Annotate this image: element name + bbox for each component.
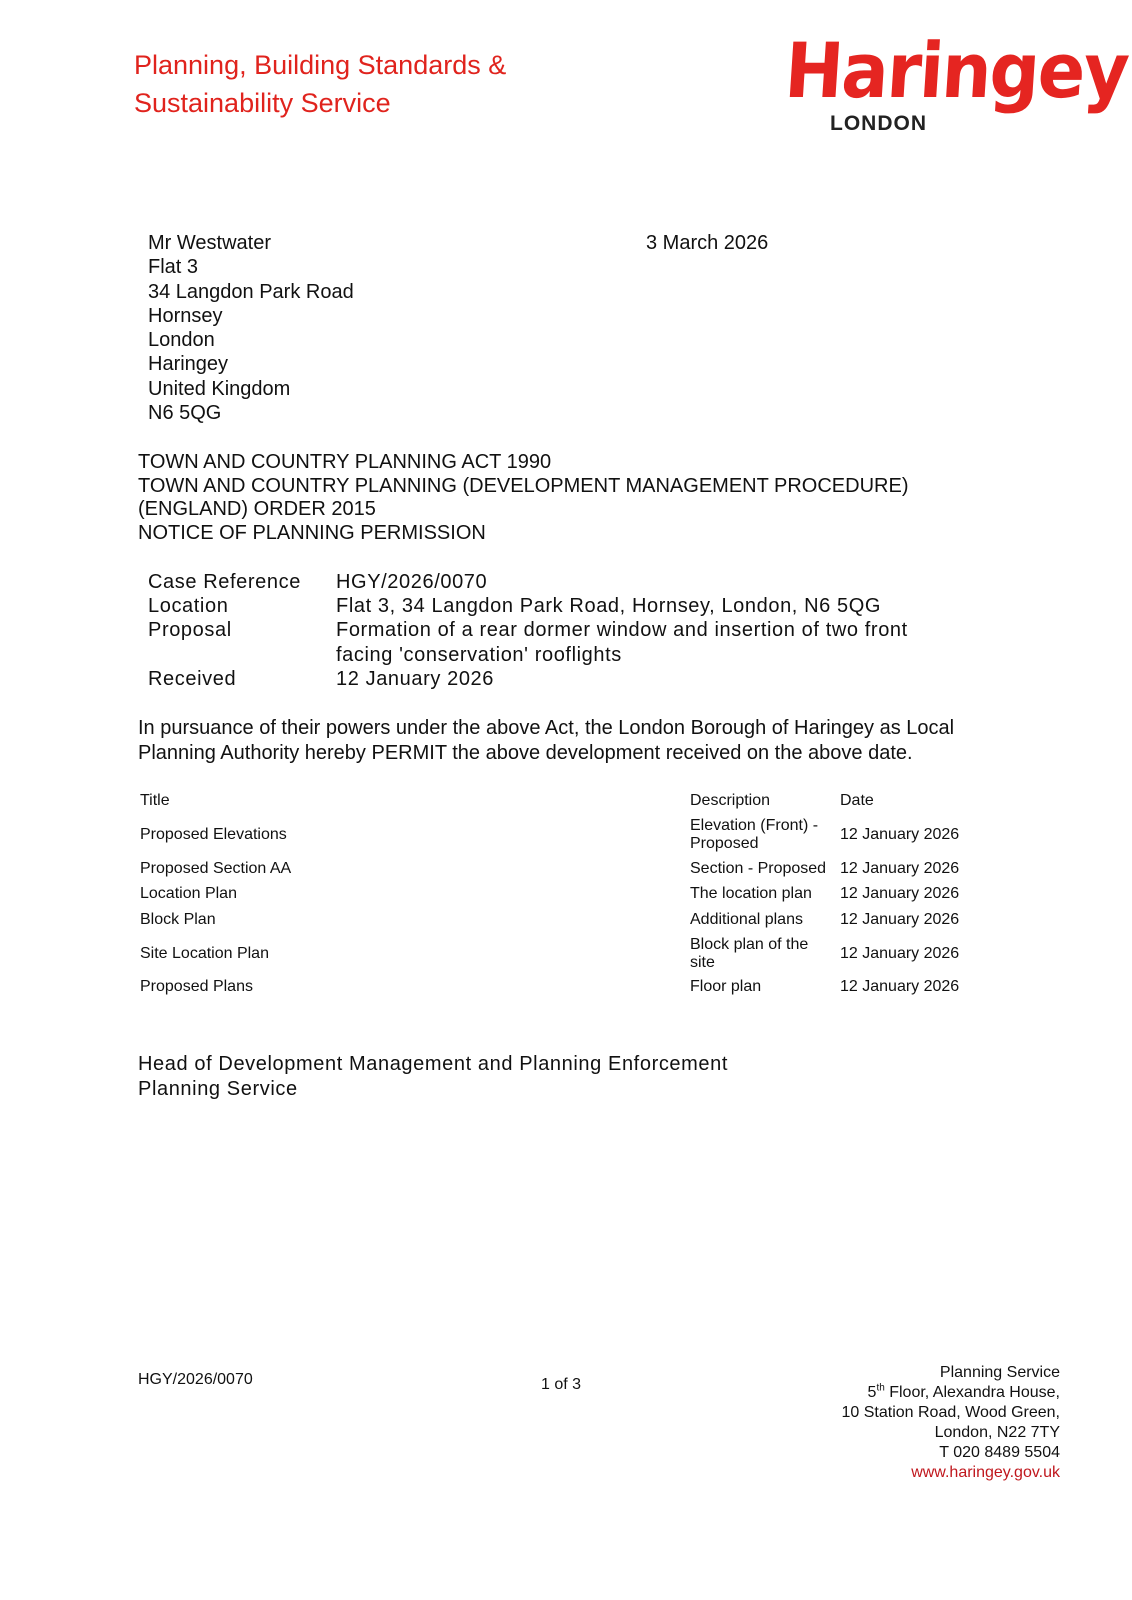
doc-date: 12 January 2026 (840, 933, 980, 975)
permission-statement: In pursuance of their powers under the a… (138, 716, 998, 765)
doc-date: 12 January 2026 (840, 814, 980, 856)
address-line: 34 Langdon Park Road (148, 280, 354, 304)
website-link[interactable]: www.haringey.gov.uk (841, 1463, 1060, 1483)
logo-subtitle: LONDON (830, 112, 927, 136)
table-row: Location Plan The location plan 12 Janua… (140, 882, 980, 908)
office-phone: T 020 8489 5504 (841, 1443, 1060, 1463)
doc-title: Proposed Elevations (140, 814, 690, 856)
column-header-description: Description (690, 788, 840, 814)
received-value: 12 January 2026 (336, 667, 956, 691)
doc-title: Block Plan (140, 907, 690, 933)
case-reference-label: Case Reference (148, 570, 336, 594)
service-title: Planning, Building Standards & Sustainab… (134, 46, 506, 122)
table-header-row: Title Description Date (140, 788, 980, 814)
heading-line: (ENGLAND) ORDER 2015 (138, 498, 908, 522)
table-row: Proposed Section AA Section - Proposed 1… (140, 856, 980, 882)
signoff: Head of Development Management and Plann… (138, 1052, 728, 1101)
heading-line: TOWN AND COUNTRY PLANNING ACT 1990 (138, 451, 908, 475)
doc-description: Additional plans (690, 907, 840, 933)
location-row: Location Flat 3, 34 Langdon Park Road, H… (148, 594, 956, 618)
logo-wordmark: Haringey (782, 26, 1130, 115)
doc-title: Proposed Section AA (140, 856, 690, 882)
table-row: Proposed Elevations Elevation (Front) -P… (140, 814, 980, 856)
received-row: Received 12 January 2026 (148, 667, 956, 691)
address-line: N6 5QG (148, 401, 354, 425)
doc-date: 12 January 2026 (840, 975, 980, 1001)
heading-line: TOWN AND COUNTRY PLANNING (DEVELOPMENT M… (138, 475, 908, 499)
footer-office-address: Planning Service 5th Floor, Alexandra Ho… (841, 1363, 1060, 1483)
address-line: Mr Westwater (148, 231, 354, 255)
doc-date: 12 January 2026 (840, 856, 980, 882)
column-header-date: Date (840, 788, 980, 814)
signoff-department: Planning Service (138, 1077, 728, 1102)
office-city: London, N22 7TY (841, 1423, 1060, 1443)
signoff-title: Head of Development Management and Plann… (138, 1052, 728, 1077)
proposal-row: Proposal Formation of a rear dormer wind… (148, 618, 956, 666)
doc-description: Block plan of thesite (690, 933, 840, 975)
location-label: Location (148, 594, 336, 618)
heading-line: NOTICE OF PLANNING PERMISSION (138, 522, 908, 546)
address-line: Haringey (148, 352, 354, 376)
location-value: Flat 3, 34 Langdon Park Road, Hornsey, L… (336, 594, 956, 618)
address-line: Flat 3 (148, 255, 354, 279)
office-name: Planning Service (841, 1363, 1060, 1383)
case-reference-value: HGY/2026/0070 (336, 570, 956, 594)
doc-title: Proposed Plans (140, 975, 690, 1001)
case-reference-row: Case Reference HGY/2026/0070 (148, 570, 956, 594)
table-row: Site Location Plan Block plan of thesite… (140, 933, 980, 975)
office-floor: 5th Floor, Alexandra House, (841, 1383, 1060, 1403)
notice-headings: TOWN AND COUNTRY PLANNING ACT 1990 TOWN … (138, 451, 908, 545)
case-details: Case Reference HGY/2026/0070 Location Fl… (148, 570, 956, 691)
proposal-line-2: facing 'conservation' rooflights (336, 644, 622, 666)
doc-title: Location Plan (140, 882, 690, 908)
proposal-line-1: Formation of a rear dormer window and in… (336, 619, 908, 641)
approved-documents-table: Title Description Date Proposed Elevatio… (140, 788, 980, 1000)
table-row: Block Plan Additional plans 12 January 2… (140, 907, 980, 933)
permission-line-2: Planning Authority hereby PERMIT the abo… (138, 741, 998, 766)
letter-date: 3 March 2026 (646, 231, 768, 255)
table-row: Proposed Plans Floor plan 12 January 202… (140, 975, 980, 1001)
proposal-value: Formation of a rear dormer window and in… (336, 618, 956, 666)
footer-case-reference: HGY/2026/0070 (138, 1371, 253, 1389)
address-line: Hornsey (148, 304, 354, 328)
page-number: 1 of 3 (541, 1376, 581, 1394)
doc-date: 12 January 2026 (840, 907, 980, 933)
doc-description: Floor plan (690, 975, 840, 1001)
haringey-logo: Haringey LONDON (780, 30, 1060, 145)
address-line: United Kingdom (148, 377, 354, 401)
proposal-label: Proposal (148, 618, 336, 666)
service-title-line-1: Planning, Building Standards & (134, 46, 506, 84)
column-header-title: Title (140, 788, 690, 814)
doc-description: Section - Proposed (690, 856, 840, 882)
doc-title: Site Location Plan (140, 933, 690, 975)
doc-description: Elevation (Front) -Proposed (690, 814, 840, 856)
doc-description: The location plan (690, 882, 840, 908)
doc-date: 12 January 2026 (840, 882, 980, 908)
service-title-line-2: Sustainability Service (134, 84, 506, 122)
permission-line-1: In pursuance of their powers under the a… (138, 716, 998, 741)
received-label: Received (148, 667, 336, 691)
office-street: 10 Station Road, Wood Green, (841, 1403, 1060, 1423)
address-line: London (148, 328, 354, 352)
recipient-address: Mr Westwater Flat 3 34 Langdon Park Road… (148, 231, 354, 425)
